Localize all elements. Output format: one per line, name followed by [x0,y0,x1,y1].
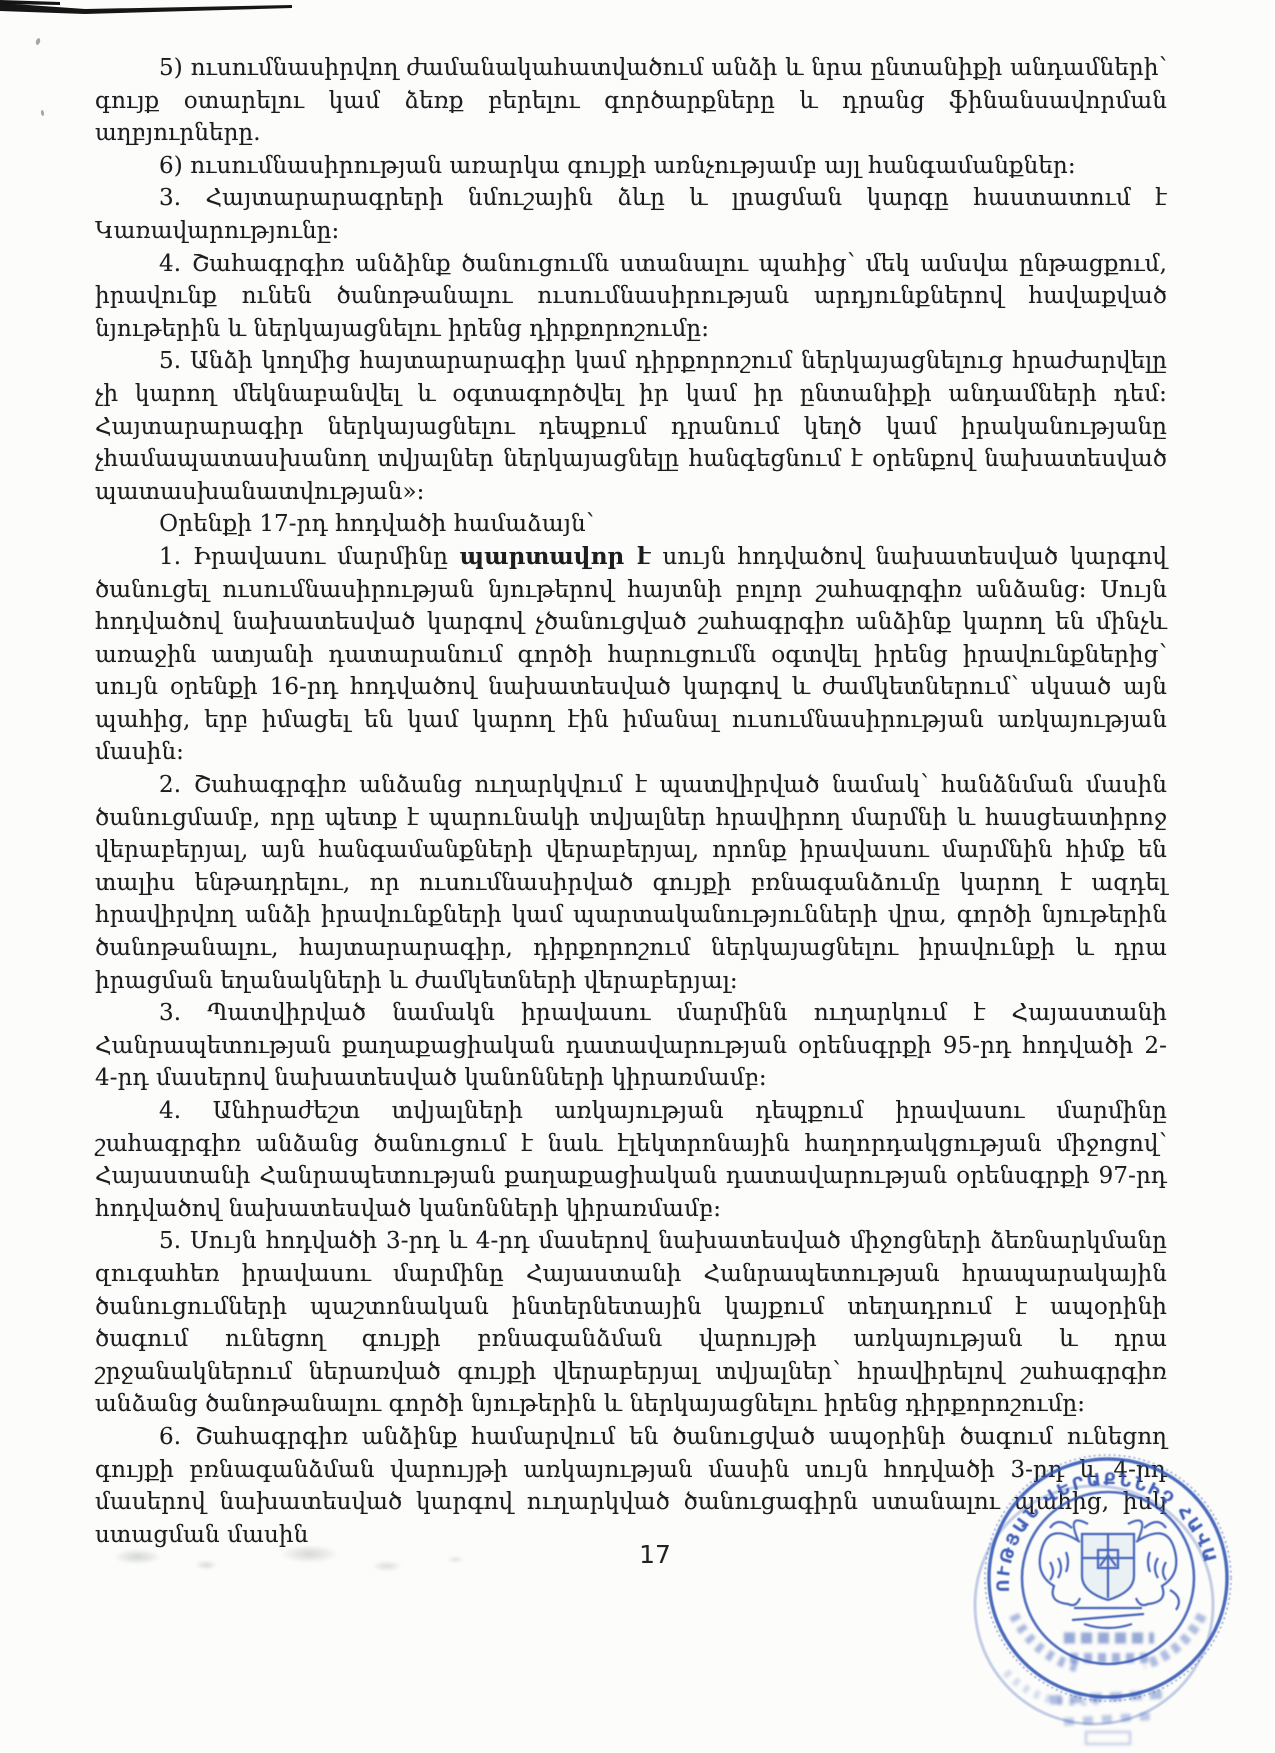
legal-text-paragraph: 2. Շահագրգիռ անձանց ուղարկվում է պատվիրվ… [95,769,1167,997]
legal-text-paragraph: 5) ուսումնասիրվող ժամանակահատվածում անձի… [95,52,1167,150]
clause-text: սույն հոդվածով նախատեսված կարգով ծանուցե… [95,544,1167,766]
legal-text-paragraph: 1. Իրավասու մարմինը պարտավոր է սույն հոդ… [95,541,1167,769]
scan-smudge-bottom-left [60,1532,490,1587]
legal-text-block: 5) ուսումնասիրվող ժամանակահատվածում անձի… [95,52,1167,1551]
legal-text-paragraph: 4. Անհրաժեշտ տվյալների առկայության դեպքո… [95,1095,1167,1225]
scanned-document-page: 5) ուսումնասիրվող ժամանակահատվածում անձի… [0,0,1275,1753]
scan-speck [41,110,45,116]
coat-of-arms-emblem [1040,1520,1179,1628]
legal-text-paragraph: 3. Հայտարարագրերի նմուշային ձևը և լրացմա… [95,182,1167,247]
legal-text-paragraph: 3. Պատվիրված նամակն իրավասու մարմինն ուղ… [95,997,1167,1095]
clause-text: 1. Իրավասու մարմինը [159,544,460,570]
legal-text-paragraph: 4. Շահագրգիռ անձինք ծանուցումն ստանալու … [95,248,1167,346]
scan-speck [35,38,41,46]
legal-text-paragraph: 5. Սույն հոդվածի 3-րդ և 4-րդ մասերով նախ… [95,1225,1167,1421]
official-blue-seal: ՈՒԹՅԱՆ ՎԵՐԱՔՆՆԻՉ ՀԱՎԱ [968,1450,1248,1752]
page-number: 17 [595,1540,715,1569]
bold-emphasis: պարտավոր է [460,543,651,570]
legal-text-paragraph: 5. Անձի կողմից հայտարարագիր կամ դիրքորոշ… [95,345,1167,508]
legal-text-paragraph: Օրենքի 17-րդ հոդվածի համաձայն՝ [95,508,1167,541]
legal-text-paragraph: 6) ուսումնասիրության առարկա գույքի առնչո… [95,150,1167,183]
scan-artifact-top-left [0,0,310,22]
